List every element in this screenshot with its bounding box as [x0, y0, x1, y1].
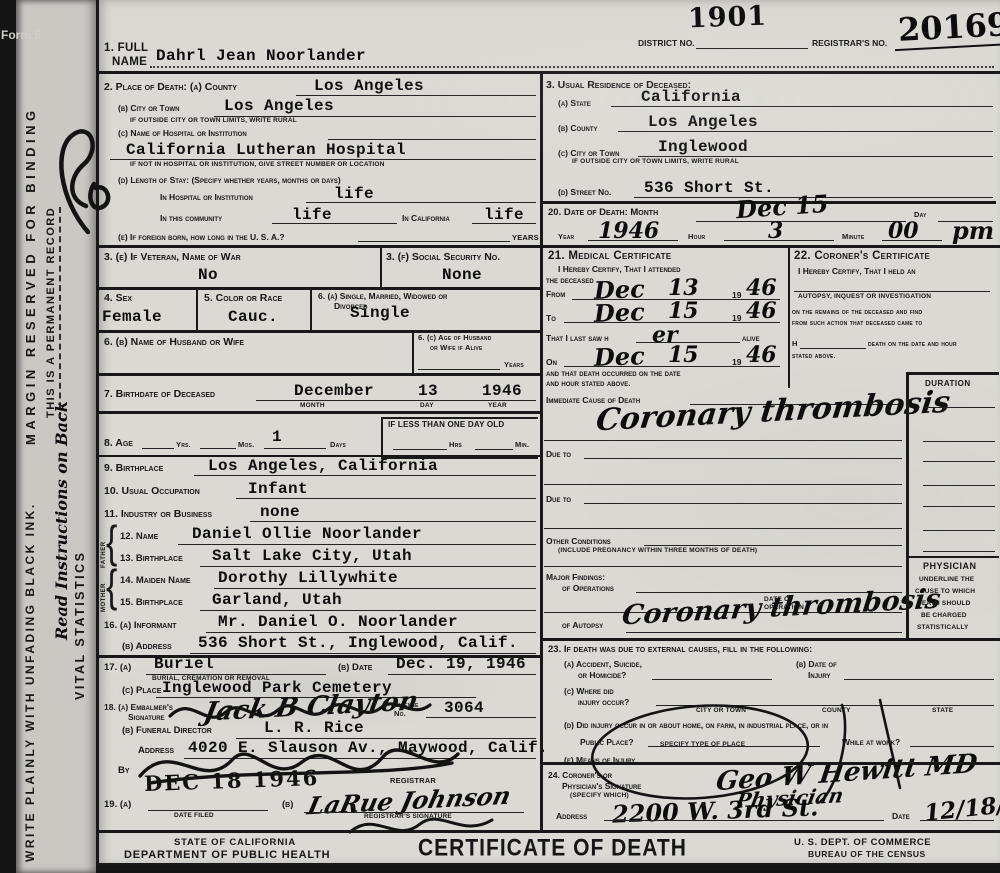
s8-yrs-label: Yrs. [176, 441, 191, 449]
margin-read-instructions-text: Read Instructions on Back [52, 401, 71, 640]
s7-label: 7. Birthdate of Deceased [104, 389, 215, 400]
s7-sub-day: DAY [420, 403, 434, 410]
border [412, 332, 414, 373]
physician-note-2: CAUSE TO WHICH [915, 589, 975, 596]
physician-note-4: BE CHARGED [921, 613, 967, 620]
s3-city-value: Inglewood [658, 138, 748, 156]
full-name-label-2: Name [112, 56, 147, 68]
s3f-ssn-label: 3. (f) Social Security No. [386, 252, 500, 263]
s23-d-note: SPECIFY TYPE OF PLACE [660, 742, 745, 749]
border [540, 71, 543, 831]
rule [256, 400, 536, 401]
s13-birthplace-label: 13. Birthplace [120, 554, 183, 564]
margin-binding-text: MARGIN RESERVED FOR BINDING [24, 106, 38, 445]
s21-on-day: 15 [668, 342, 699, 368]
rule [148, 810, 268, 811]
s17a-label: 17. (a) [104, 663, 131, 673]
rule [544, 566, 902, 567]
s24-address-label: Address [556, 812, 587, 821]
s3-city-label: (c) City or Town [558, 149, 619, 158]
rule [696, 221, 906, 222]
s21-certify-1: I Hereby Certify, That I attended [558, 265, 680, 274]
rule [328, 139, 536, 140]
s18b-fd-label: (b) Funeral Director [122, 726, 212, 736]
s17b-date-label: (b) Date [338, 663, 372, 673]
border [310, 289, 312, 330]
s18-by-label: By [118, 766, 130, 776]
border [96, 830, 1000, 833]
physician-title: PHYSICIAN [923, 562, 977, 571]
s18-address-label: Address [138, 746, 174, 756]
rule [206, 632, 536, 633]
margin-write-plainly-text: WRITE PLAINLY WITH UNFADING BLACK INK. [24, 502, 37, 862]
rule [604, 820, 884, 821]
s18a-embalmer-label-1: 18. (a) Embalmer's [104, 703, 173, 712]
duration-title: DURATION [925, 380, 971, 388]
footer-certificate-title: CERTIFICATE OF DEATH [418, 836, 687, 861]
s20-minute-label: Minute [842, 233, 864, 241]
s7-year-value: 1946 [482, 382, 522, 400]
physician-note-3: DEATH SHOULD [917, 601, 971, 608]
rule [306, 202, 536, 203]
footer-us-dept-line2: BUREAU OF THE CENSUS [808, 850, 926, 859]
s23-c1: (c) Where did [564, 687, 614, 696]
rule [544, 440, 902, 441]
s23-state-label: STATE [932, 708, 953, 715]
s21-on-label: On [546, 358, 557, 367]
rule [296, 95, 536, 96]
rule [200, 610, 536, 611]
rule [882, 240, 942, 241]
rule [794, 291, 990, 292]
s11-label: 11. Industry or Business [104, 509, 212, 520]
s16-address-value: 536 Short St., Inglewood, Calif. [198, 634, 518, 652]
s2-city-label: (b) City or Town [118, 104, 179, 113]
s15-birthplace-value: Garland, Utah [212, 591, 342, 609]
registrar-no-label: Registrar's No. [812, 39, 887, 48]
rule [584, 458, 902, 459]
s21-saw-label: That I last saw h [546, 334, 609, 343]
s22-remains-1: on the remains of the deceased and find [792, 308, 922, 316]
less-than-one-day-box: IF LESS THAN ONE DAY OLD Hrs Min. [381, 417, 538, 459]
s22-stated: stated above. [792, 352, 836, 360]
s8-min-label: Min. [515, 441, 529, 449]
s21-certify-2: the deceased [546, 276, 594, 285]
s21-on-yy: 46 [746, 342, 777, 368]
s8-mos-label: Mos. [238, 441, 254, 449]
margin-vital-statistics-text: VITAL STATISTICS [74, 551, 87, 701]
s7-day-value: 13 [418, 382, 438, 400]
s18-license-label-1: License [394, 701, 419, 709]
rule [611, 106, 993, 107]
s18a-embalmer-label-2: Signature [128, 713, 165, 722]
s3f-ssn-value: None [442, 266, 482, 284]
rule [272, 223, 397, 224]
rule [178, 544, 536, 545]
border [96, 411, 540, 414]
s6a-marital-value: Single [350, 304, 410, 322]
s3-county-label: (b) County [558, 124, 598, 133]
border [96, 330, 540, 333]
border [96, 863, 1000, 866]
s3-city-note: If outside city or town limits, write ru… [572, 159, 739, 166]
s2-county-value: Los Angeles [314, 77, 424, 95]
rule [150, 66, 994, 68]
due-to-1-label: Due to [546, 450, 571, 459]
border [96, 455, 540, 457]
s11-value: none [260, 503, 300, 521]
rule [920, 820, 994, 821]
s23-a2: or Homicide? [578, 671, 626, 680]
rule [190, 653, 536, 654]
s18-license-label-2: No. [394, 710, 406, 718]
s23-b1: (b) Date of [796, 660, 837, 669]
rule [214, 588, 536, 589]
s21-to-day: 15 [668, 298, 699, 324]
s16-informant-value: Mr. Daniel O. Noorlander [218, 613, 458, 631]
border [380, 248, 382, 287]
s24-l2: Physician's Signature [562, 782, 641, 791]
s9-label: 9. Birthplace [104, 463, 163, 474]
rule [588, 240, 678, 241]
border [788, 248, 790, 388]
s3-state-value: California [641, 88, 741, 106]
s23-d3: While at work? [842, 738, 900, 747]
s16-informant-label: 16. (a) Informant [104, 621, 177, 631]
full-name-label-1: 1. Full [104, 42, 148, 54]
s21-from-label: From [546, 290, 565, 299]
rule [618, 131, 993, 132]
footer-us-dept-line1: U. S. DEPT. OF COMMERCE [794, 838, 931, 848]
rule [923, 461, 995, 462]
major-findings-label: Major Findings: [546, 573, 605, 582]
s3-county-value: Los Angeles [648, 113, 758, 131]
rule [236, 498, 536, 499]
rule [800, 348, 866, 349]
rule [910, 746, 994, 747]
binding-margin-strip: MARGIN RESERVED FOR BINDING WRITE PLAINL… [16, 0, 96, 873]
of-autopsy-label: of Autopsy [562, 621, 603, 630]
s6c-age-label1: 6. (c) Age of Husband [418, 334, 492, 342]
s22-certify: I Hereby Certify, That I held an [798, 267, 916, 276]
mother-bracket: { [106, 562, 117, 613]
s3e-veteran-label: 3. (e) If Veteran, Name of War [104, 252, 241, 263]
s3-street-label: (d) Street No. [558, 188, 611, 197]
s23-c2: injury occur? [578, 698, 629, 707]
s2-hospital-label: (c) Name of Hospital or Institution [118, 129, 247, 138]
s8-hrs-label: Hrs [449, 441, 462, 449]
rule [194, 475, 536, 476]
s17c-place-label: (c) Place [122, 686, 161, 696]
s2-foreign-label: (e) If foreign born, how long in the U. … [118, 233, 285, 242]
rule [696, 48, 808, 49]
rule [923, 551, 995, 552]
s19b-label: (b) [282, 800, 293, 810]
rule [358, 241, 510, 242]
rule [923, 407, 995, 408]
s2-calif-value: life [484, 206, 524, 224]
s4-sex-value: Female [102, 308, 162, 326]
certificate-form: 1901 District No. Registrar's No. 20169 … [96, 0, 1000, 866]
rule [923, 530, 995, 531]
physician-box: PHYSICIAN UNDERLINE THE CAUSE TO WHICH D… [906, 556, 999, 640]
s21-footer-2: and hour stated above. [546, 379, 631, 388]
rule [923, 485, 995, 486]
s2-hospital-note: If not in hospital or institution, give … [130, 162, 385, 169]
rule [644, 545, 902, 546]
s3e-veteran-value: No [198, 266, 218, 284]
rule [724, 240, 834, 241]
s6b-spouse-label: 6. (b) Name of Husband or Wife [104, 337, 244, 348]
s23-a1: (a) Accident, Suicide, [564, 660, 642, 669]
s23-b2: Injury [808, 671, 830, 680]
s24-date-value: 12/18/46 [923, 788, 1000, 827]
rule [923, 506, 995, 507]
other-conditions-label: Other Conditions [546, 537, 611, 546]
rule [250, 521, 536, 522]
registrar-no-value: 20169 [893, 5, 1000, 51]
s12-name-value: Daniel Ollie Noorlander [192, 525, 422, 543]
s8-box-title: IF LESS THAN ONE DAY OLD [388, 421, 504, 429]
rule [638, 156, 993, 157]
s10-label: 10. Usual Occupation [104, 486, 200, 497]
other-conditions-note: (Include pregnancy within three months o… [558, 548, 757, 555]
s2-stay-label: (d) Length of Stay: (Specify whether yea… [118, 176, 341, 185]
of-operations-label: of Operations [562, 584, 614, 593]
s22-h: H [792, 340, 798, 348]
rule [626, 632, 902, 633]
s24-date-label: Date [892, 812, 910, 821]
rule [584, 503, 902, 504]
s21-to-yy: 46 [746, 298, 777, 324]
rule [844, 679, 994, 680]
s19-registrar-label: REGISTRAR [390, 777, 436, 785]
s23-d2: Public Place? [580, 738, 634, 747]
rule [472, 223, 536, 224]
s23-title: 23. If death was due to external causes,… [548, 645, 812, 655]
s9-value: Los Angeles, California [208, 457, 438, 475]
margin-permanent-record-text: THIS IS A PERMANENT RECORD [46, 207, 61, 418]
s8-age-label: 8. Age [104, 438, 133, 449]
s6c-age-label2: or Wife if Alive [430, 344, 483, 352]
s10-value: Infant [248, 480, 308, 498]
year-stamp: 1901 [687, 1, 767, 35]
s16-address-label: (b) Address [122, 642, 172, 652]
s19-date-filed-label: DATE FILED [174, 813, 214, 820]
s20-ampm-value: pm [952, 216, 994, 245]
s8-days-label: Days [330, 441, 346, 449]
s2-city-note: If outside city or town limits, write ru… [130, 118, 297, 125]
border [96, 0, 99, 866]
s24-l1: 24. Coroner's or [548, 771, 612, 780]
s4-sex-label: 4. Sex [104, 293, 132, 304]
s14-maiden-label: 14. Maiden Name [120, 576, 191, 586]
s2-community-label: In this community [160, 214, 222, 223]
rule [110, 159, 536, 160]
rule [184, 758, 536, 759]
s14-maiden-value: Dorothy Lillywhite [218, 569, 398, 587]
rule [923, 441, 995, 442]
death-certificate-scan: MARGIN RESERVED FOR BINDING WRITE PLAINL… [0, 0, 1000, 873]
physician-note-5: STATISTICALLY [917, 625, 969, 632]
s18-address-value: 4020 E. Slauson Av., Maywood, Calif. [188, 739, 548, 757]
rule [393, 449, 447, 450]
footer-state-line2: DEPARTMENT OF PUBLIC HEALTH [124, 850, 330, 862]
border [540, 762, 1000, 765]
s6c-years-suffix: Years [504, 361, 524, 369]
rule [200, 566, 536, 567]
rule [418, 369, 500, 370]
s13-birthplace-value: Salt Lake City, Utah [212, 547, 412, 565]
date-filed-stamp: DEC 18 1946 [144, 765, 320, 796]
s22-death-line: death on the date and hour [868, 340, 957, 348]
rule [544, 484, 902, 485]
s19a-label: 19. (a) [104, 800, 131, 810]
s7-sub-month: MONTH [300, 403, 325, 410]
rule [388, 674, 536, 675]
rule [475, 449, 513, 450]
full-name-value: Dahrl Jean Noorlander [156, 47, 366, 65]
s2-city-value: Los Angeles [224, 97, 334, 115]
s21-footer-1: and that death occurred on the date [546, 369, 681, 378]
s7-sub-year: YEAR [488, 403, 507, 410]
border [96, 245, 1000, 248]
s3-state-label: (a) State [558, 99, 591, 108]
s19-sig-note: REGISTRAR'S SIGNATURE [364, 814, 452, 821]
rule [656, 705, 994, 706]
s23-county-label: COUNTY [822, 708, 851, 715]
border [96, 373, 540, 376]
immediate-cause-value: Coronary thrombosis [594, 385, 952, 439]
s22-autopsy-note: autopsy, inquest or investigation [798, 294, 931, 301]
s21-to-label: To [546, 314, 556, 323]
s21-to-month: Dec [594, 297, 646, 328]
border [96, 287, 540, 290]
s8-days-value: 1 [272, 428, 282, 446]
border [196, 289, 198, 330]
footer-state-line1: STATE OF CALIFORNIA [174, 838, 296, 848]
autopsy-value: Coronary thrombosis [620, 584, 942, 632]
s7-month-value: December [294, 382, 374, 400]
s20-label: 20. Date of Death: Month [548, 208, 658, 218]
s12-name-label: 12. Name [120, 532, 158, 542]
s20-year-label: Year [558, 233, 574, 241]
s23-city-label: CITY OR TOWN [696, 708, 746, 715]
s2-years-suffix: Years [512, 234, 539, 242]
due-to-2-label: Due to [546, 495, 571, 504]
s20-hour-label: Hour [688, 233, 705, 241]
s18b-fd-value: L. R. Rice [264, 719, 364, 737]
s5-race-label: 5. Color or Race [204, 293, 282, 304]
s2-calif-label: In California [402, 214, 450, 223]
s2-inhosp-label: In Hospital or Institution [160, 193, 253, 202]
s2-title: 2. Place of Death: (a) County [104, 82, 237, 93]
s22-remains-2: from such action that deceased came to [792, 319, 922, 327]
rule [564, 366, 780, 367]
rule [142, 448, 174, 449]
rule [200, 448, 236, 449]
s2-hospital-value: California Lutheran Hospital [126, 141, 406, 159]
s2-inhosp-value: life [334, 185, 374, 203]
form-number: Form 5 [1, 28, 41, 42]
s6a-marital-label: 6. (a) Single, Married, Widowed or [318, 292, 447, 301]
rule [264, 448, 326, 449]
s18-license-value: 3064 [444, 699, 484, 717]
rule [426, 717, 536, 718]
border [96, 655, 540, 658]
rule [652, 679, 772, 680]
s22-title: 22. Coroner's Certificate [794, 250, 930, 262]
s21-title: 21. Medical Certificate [548, 250, 671, 262]
border [540, 638, 1000, 641]
physician-note-1: UNDERLINE THE [919, 577, 974, 584]
border [96, 71, 1000, 74]
rule [544, 528, 902, 529]
s15-birthplace-label: 15. Birthplace [120, 598, 183, 608]
district-no-label: District No. [638, 39, 695, 48]
s2-community-value: life [292, 206, 332, 224]
s5-race-value: Cauc. [228, 308, 278, 326]
s23-d1: (d) Did injury occur in or about home, o… [564, 721, 828, 730]
s24-address-value: 2200 W. 3rd St. [612, 792, 819, 828]
